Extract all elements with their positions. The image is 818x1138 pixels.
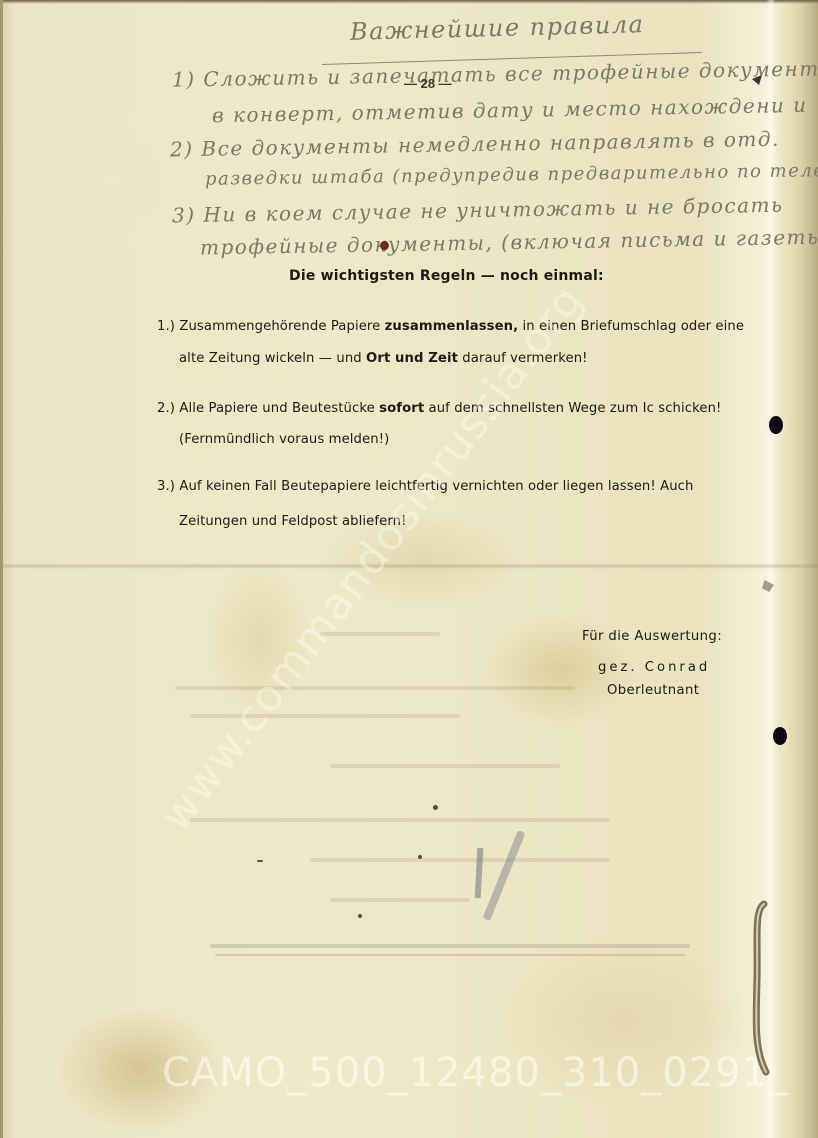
handwritten-line-4: разведки штаба (предупредив предваритель… <box>205 159 818 190</box>
rule-text: Zusammengehörende Papiere <box>179 319 384 334</box>
speck <box>433 805 438 810</box>
rule-emphasis: Ort und Zeit <box>366 351 458 366</box>
scanned-document-page: Важнейшие правила 1) Сложить и запечатат… <box>0 0 818 1138</box>
bleed-through-underline <box>215 954 685 956</box>
handwritten-line-2: в конверт, отметив дату и место нахожден… <box>212 93 808 127</box>
rule-1-line-1: 1.) Zusammengehörende Papiere zusammenla… <box>157 319 744 334</box>
handwritten-title: Важнейшие правила <box>350 10 645 46</box>
rule-2-line-2: (Fernmündlich voraus melden!) <box>179 432 389 447</box>
rule-number: 2.) <box>157 401 175 416</box>
rule-number: 1.) <box>157 319 175 334</box>
pencil-mark <box>482 830 525 921</box>
bleed-through-text <box>310 858 610 862</box>
punch-hole <box>773 727 787 745</box>
rule-text: (Fernmündlich voraus melden!) <box>179 432 389 447</box>
handwritten-line-6: трофейные документы, (включая письма и г… <box>200 224 818 259</box>
bleed-through-text <box>330 898 470 902</box>
paper-top-edge <box>0 0 818 4</box>
handwritten-line-3: 2) Все документы немедленно направлять в… <box>170 127 780 162</box>
speck <box>418 855 422 859</box>
signature-rank: Oberleutnant <box>607 683 699 698</box>
rule-text: Alle Papiere und Beutestücke <box>179 401 379 416</box>
page-number: — 28 — <box>404 76 452 91</box>
horizontal-fold-line <box>0 563 818 569</box>
rule-text: alte Zeitung wickeln — und <box>179 351 366 366</box>
bleed-through-text <box>210 944 690 948</box>
punch-hole <box>769 416 783 434</box>
speck <box>358 914 362 918</box>
paper-left-edge <box>0 0 3 1138</box>
rule-number: 3.) <box>157 479 175 494</box>
signature-for-label: Für die Auswertung: <box>582 629 722 644</box>
speck <box>257 860 263 862</box>
bleed-through-text <box>330 764 560 768</box>
pencil-mark <box>475 848 484 898</box>
signature-name: gez. Conrad <box>598 660 710 675</box>
rule-emphasis: zusammenlassen, <box>385 319 519 334</box>
rule-emphasis: sofort <box>379 401 424 416</box>
bleed-through-text <box>175 686 575 690</box>
handwritten-line-5: 3) Ни в коем случае не уничтожать и не б… <box>172 193 784 228</box>
handwritten-line-1: 1) Сложить и запечатать все трофейные до… <box>172 56 818 91</box>
ink-spot <box>380 241 389 250</box>
bleed-through-text <box>190 818 610 822</box>
archive-id-watermark: CAMO_500_12480_310_0291_ <box>162 1050 789 1096</box>
rule-2-line-1: 2.) Alle Papiere und Beutestücke sofort … <box>157 401 721 416</box>
